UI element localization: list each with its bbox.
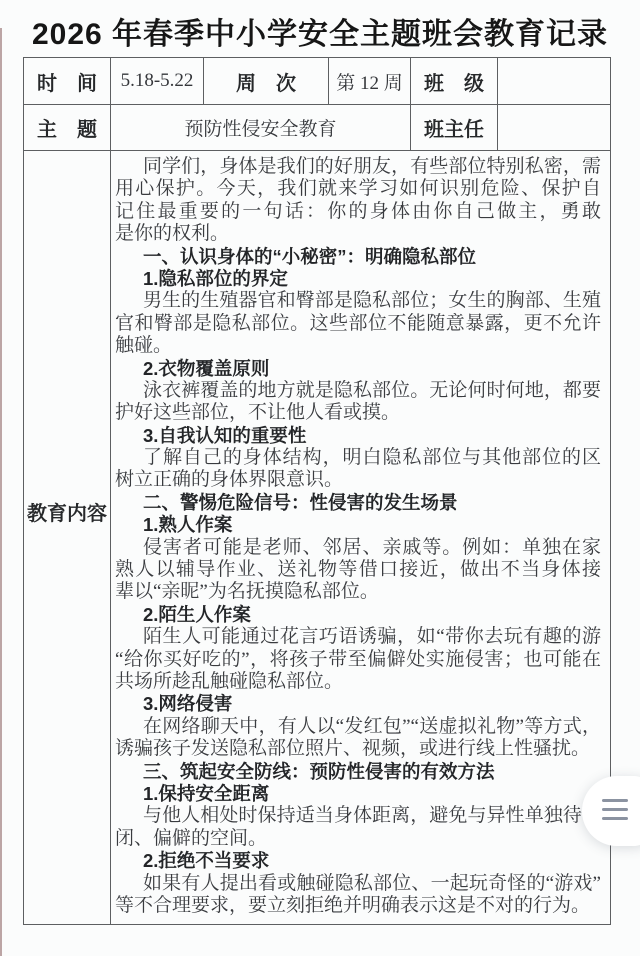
content-line: 官和臀部是隐私部位。这些部位不能随意暴露，更不允许他人 xyxy=(115,313,601,335)
content-line: 2.衣物覆盖原则 xyxy=(115,358,601,380)
table-row: 主 题 预防性侵安全教育 班主任 xyxy=(24,105,611,151)
content-line: 与他人相处时保持适当身体距离，避免与异性单独待在密 xyxy=(115,805,601,827)
content-line: 共场所趁乱触碰隐私部位。 xyxy=(115,671,601,693)
content-line: 1.隐私部位的界定 xyxy=(115,268,601,290)
content-line: “给你买好吃的”，将孩子带至偏僻处实施侵害；也可能在公 xyxy=(115,649,601,671)
content-line: 1.熟人作案 xyxy=(115,514,601,536)
topic-value: 预防性侵安全教育 xyxy=(111,105,411,151)
content-line: 侵害者可能是老师、邻居、亲戚等。例如：单独在家时， xyxy=(115,537,601,559)
record-table: 时 间 5.18-5.22 周 次 第 12 周 班 级 主 题 预防性侵安全教… xyxy=(23,57,611,925)
content-line: 3.自我认知的重要性 xyxy=(115,425,601,447)
content-line: 如果有人提出看或触碰隐私部位、一起玩奇怪的“游戏” xyxy=(115,873,601,895)
content-line: 3.网络侵害 xyxy=(115,693,601,715)
content-line: 三、筑起安全防线：预防性侵害的有效方法 xyxy=(115,761,601,783)
content-line: 辈以“亲昵”为名抚摸隐私部位。 xyxy=(115,581,601,603)
table-row: 时 间 5.18-5.22 周 次 第 12 周 班 级 xyxy=(24,58,611,105)
week-value: 第 12 周 xyxy=(329,58,411,105)
content-line: 等不合理要求，要立刻拒绝并明确表示这是不对的行为。 xyxy=(115,895,601,917)
content-line: 泳衣裤覆盖的地方就是隐私部位。无论何时何地，都要保 xyxy=(115,380,601,402)
table-row: 教育内容 同学们，身体是我们的好朋友，有些部位特别私密，需要用心保护。今天，我们… xyxy=(24,151,611,925)
teacher-value xyxy=(498,105,611,151)
content-line: 同学们，身体是我们的好朋友，有些部位特别私密，需要 xyxy=(115,156,601,178)
content-line: 一、认识身体的“小秘密”：明确隐私部位 xyxy=(115,246,601,268)
content-line: 诱骗孩子发送隐私部位照片、视频，或进行线上性骚扰。 xyxy=(115,738,601,760)
hamburger-menu-icon xyxy=(602,799,628,826)
content-line: 2.拒绝不当要求 xyxy=(115,850,601,872)
content-line: 男生的生殖器官和臀部是隐私部位；女生的胸部、生殖器 xyxy=(115,290,601,312)
education-content-label: 教育内容 xyxy=(24,151,111,925)
content-line: 记住最重要的一句话：你的身体由你自己做主，勇敢说“不” xyxy=(115,201,601,223)
content-line: 陌生人可能通过花言巧语诱骗，如“带你去玩有趣的游戏” xyxy=(115,626,601,648)
content-line: 2.陌生人作案 xyxy=(115,604,601,626)
education-content-cell: 同学们，身体是我们的好朋友，有些部位特别私密，需要用心保护。今天，我们就来学习如… xyxy=(111,151,611,925)
content-line: 了解自己的身体结构，明白隐私部位与其他部位的区别， xyxy=(115,447,601,469)
class-value xyxy=(498,58,611,105)
content-line: 1.保持安全距离 xyxy=(115,783,601,805)
education-content-text: 同学们，身体是我们的好朋友，有些部位特别私密，需要用心保护。今天，我们就来学习如… xyxy=(111,151,610,917)
teacher-label: 班主任 xyxy=(411,105,498,151)
content-line: 闭、偏僻的空间。 xyxy=(115,828,601,850)
content-line: 是你的权利。 xyxy=(115,223,601,245)
content-line: 触碰。 xyxy=(115,335,601,357)
time-label: 时 间 xyxy=(24,58,111,105)
page-title: 2026 年春季中小学安全主题班会教育记录 xyxy=(0,9,640,53)
scan-edge-artifact xyxy=(0,28,2,956)
topic-label: 主 题 xyxy=(24,105,111,151)
content-line: 在网络聊天中，有人以“发红包”“送虚拟礼物”等方式， xyxy=(115,716,601,738)
time-value: 5.18-5.22 xyxy=(111,58,204,105)
week-label: 周 次 xyxy=(204,58,329,105)
class-label: 班 级 xyxy=(411,58,498,105)
content-line: 二、警惕危险信号：性侵害的发生场景 xyxy=(115,492,601,514)
document-page: 2026 年春季中小学安全主题班会教育记录 时 间 5.18-5.22 周 次 … xyxy=(0,0,640,956)
content-line: 树立正确的身体界限意识。 xyxy=(115,469,601,491)
content-line: 熟人以辅导作业、送礼物等借口接近，做出不当身体接触；长 xyxy=(115,559,601,581)
content-line: 用心保护。今天，我们就来学习如何识别危险、保护自己，并 xyxy=(115,178,601,200)
content-line: 护好这些部位，不让他人看或摸。 xyxy=(115,402,601,424)
